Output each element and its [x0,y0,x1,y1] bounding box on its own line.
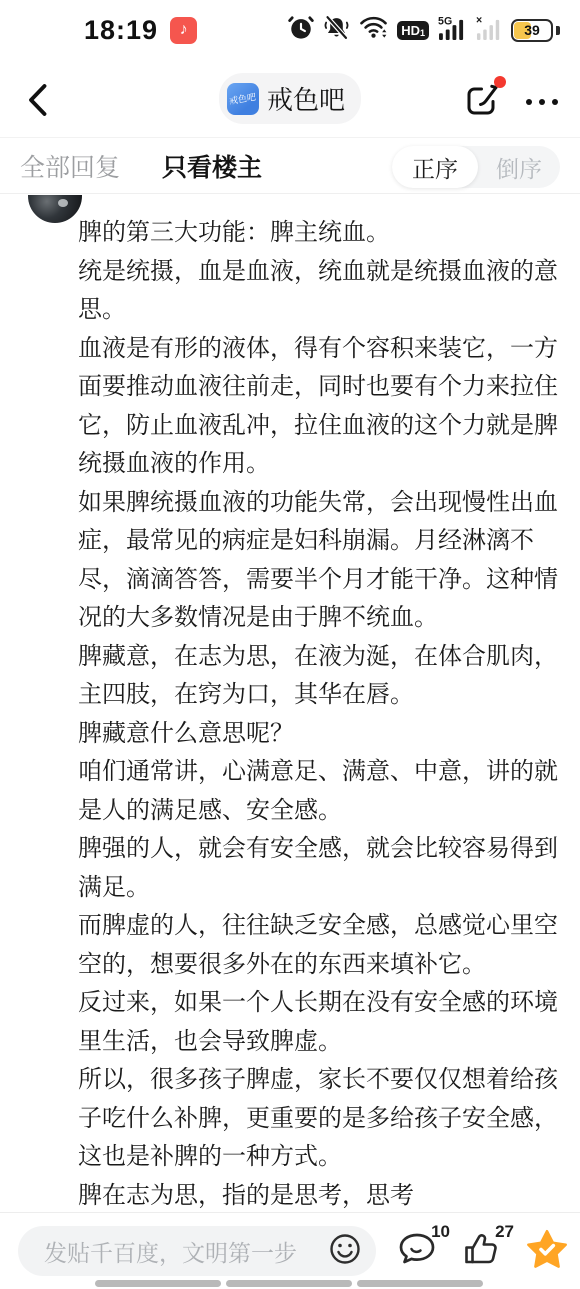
compose-button[interactable] [462,78,504,120]
post-content: 脾的第三大功能：脾主统血。 统是统摄，血是血液，统血就是统摄血液的意思。 血液是… [0,195,580,1212]
notification-dot [494,76,506,88]
back-button[interactable] [24,78,64,122]
favorite-button[interactable] [526,1229,568,1274]
paragraph: 血液是有形的液体，得有个容积来装它，一方面要推动血液往前走，同时也要有个力来拉住… [78,330,564,484]
comment-button[interactable]: 10 [398,1231,436,1272]
forum-badge-icon: 戒色吧 [227,83,259,115]
paragraph: 脾在志为思，指的是思考，思考 [78,1177,564,1213]
paragraph: 统是统摄，血是血液，统血就是统摄血液的意思。 [78,253,564,330]
emoji-icon[interactable] [328,1232,362,1271]
signal-5g-icon: 5G [438,15,467,46]
reply-input[interactable]: 发贴千百度，文明第一步 [18,1226,376,1276]
clock-time: 18:19 [84,15,158,46]
sort-asc-button[interactable]: 正序 [392,146,478,188]
reply-filter-bar: 全部回复 只看楼主 正序 倒序 [0,139,580,194]
signal-x-icon: × [476,15,502,46]
avatar[interactable] [28,195,82,223]
paragraph: 脾的第三大功能：脾主统血。 [78,214,564,253]
paragraph: 咱们通常讲，心满意足、满意、中意，讲的就是人的满足感、安全感。 [78,753,564,830]
more-button[interactable] [526,93,558,105]
music-note-icon: ♪ [170,17,197,44]
alarm-icon [288,15,314,46]
battery-percent: 39 [524,22,540,38]
reply-placeholder: 发贴千百度，文明第一步 [44,1235,328,1268]
paragraph: 如果脾统摄血液的功能失常，会出现慢性出血症，最常见的病症是妇科崩漏。月经淋漓不尽… [78,484,564,638]
forum-title: 戒色吧 [267,80,345,117]
battery-nub [556,26,560,35]
mute-bell-icon [323,15,350,46]
star-icon [526,1229,568,1269]
paragraph: 脾强的人，就会有安全感，就会比较容易得到满足。 [78,830,564,907]
bottom-bar: 发贴千百度，文明第一步 10 27 [0,1212,580,1289]
chevron-left-icon [24,82,50,118]
comment-count-badge: 10 [431,1222,450,1242]
status-bar: 18:19 ♪ [0,0,580,60]
hd-voice-badge: HD1 [397,21,429,40]
sort-toggle: 正序 倒序 [392,146,560,188]
wifi-icon [359,15,388,45]
paragraph: 所以，很多孩子脾虚，家长不要仅仅想着给孩子吃什么补脾，更重要的是多给孩子安全感，… [78,1061,564,1177]
paragraph: 脾藏意什么意思呢？ [78,715,564,754]
battery-indicator: 39 [511,19,553,42]
post-text: 脾的第三大功能：脾主统血。 统是统摄，血是血液，统血就是统摄血液的意思。 血液是… [78,214,564,1212]
keyboard-hint-bars [95,1280,483,1287]
forum-title-pill[interactable]: 戒色吧 戒色吧 [219,73,361,124]
nav-bar: 戒色吧 戒色吧 [0,60,580,138]
paragraph: 脾藏意，在志为思，在液为涎，在体合肌肉，主四肢，在窍为口，其华在唇。 [78,638,564,715]
like-count-badge: 27 [495,1222,514,1242]
svg-text:×: × [476,15,482,27]
paragraph: 而脾虚的人，往往缺乏安全感，总感觉心里空空的，想要很多外在的东西来填补它。 [78,907,564,984]
svg-text:5G: 5G [438,15,452,27]
sort-desc-button[interactable]: 倒序 [478,151,560,184]
paragraph: 反过来，如果一个人长期在没有安全感的环境里生活，也会导致脾虚。 [78,984,564,1061]
tab-all-replies[interactable]: 全部回复 [20,148,120,184]
tab-author-only[interactable]: 只看楼主 [162,148,262,184]
like-button[interactable]: 27 [462,1231,500,1272]
